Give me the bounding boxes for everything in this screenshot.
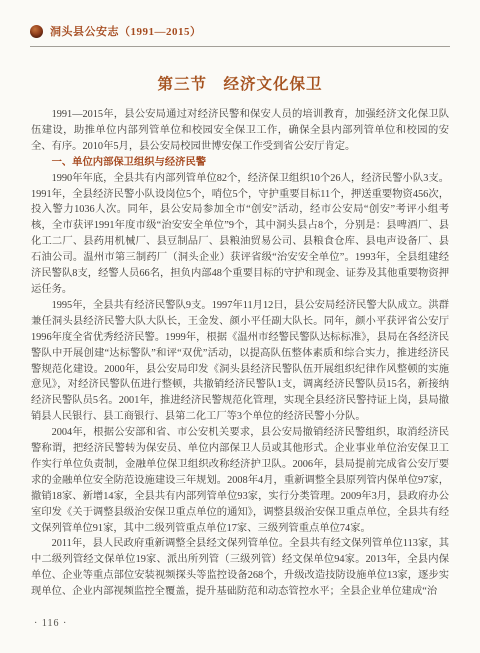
- paragraph-intro: 1991—2015年，县公安局通过对经济民警和保安人员的培训教育，加强经济文化保…: [31, 107, 449, 155]
- running-header: 洞头县公安志（1991—2015）: [30, 0, 450, 47]
- scanned-book-page: 洞头县公安志（1991—2015） 第三节 经济文化保卫 1991—2015年，…: [0, 0, 480, 653]
- paragraph-1995-2001: 1995年，全县共有经济民警队9支。1997年11月12日，县公安局经济民警大队…: [31, 298, 449, 425]
- paragraph-2004-2009: 2004年，根据公安部和省、市公安机关要求，县公安局撤销经济民警组织，取消经济民…: [31, 425, 449, 536]
- book-title: 洞头县公安志（1991—2015）: [50, 23, 202, 39]
- paragraph-2011-2013: 2011年，县人民政府重新调整全县经文保列管单位。全县共有经文保列管单位113家…: [31, 536, 449, 600]
- paragraph-1990s: 1990年年底，全县共有内部列管单位82个，经济保卫组织10个26人，经济民警小…: [31, 171, 449, 298]
- section-title: 第三节 经济文化保卫: [0, 72, 480, 94]
- seal-emblem-icon: [30, 25, 43, 38]
- page-number: · 116 ·: [34, 618, 67, 629]
- body-text: 1991—2015年，县公安局通过对经济民警和保安人员的培训教育，加强经济文化保…: [31, 107, 449, 600]
- subsection-heading: 一、单位内部保卫组织与经济民警: [31, 155, 449, 171]
